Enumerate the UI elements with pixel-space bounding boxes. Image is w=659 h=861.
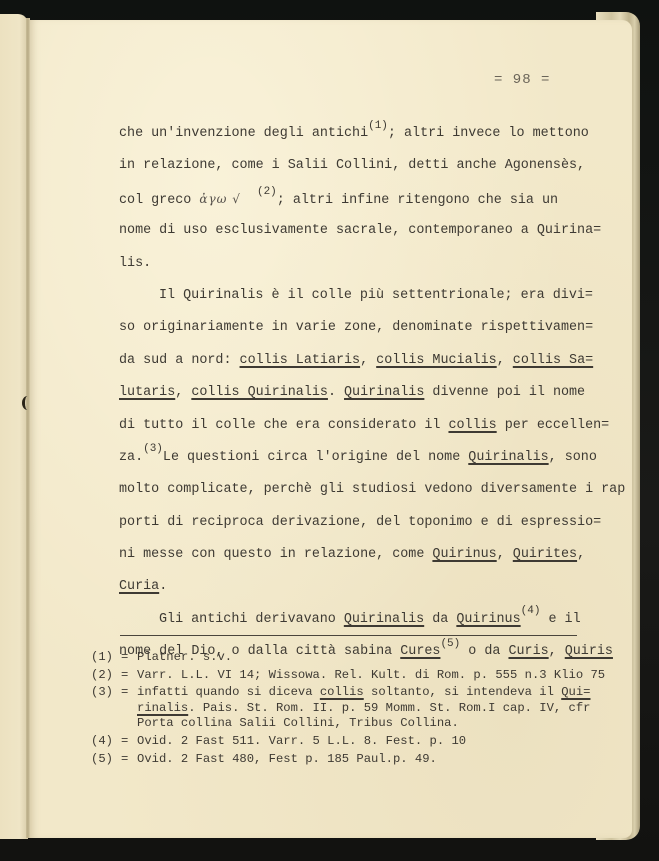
scanned-book-scene: = 98 = che un'invenzione degli antichi(1…	[0, 0, 659, 861]
footnote-reference: (3)	[143, 443, 163, 455]
footnote-equals: =	[121, 734, 137, 750]
underlined-term: lutaris	[119, 385, 175, 400]
left-facing-page-edge	[0, 14, 28, 839]
text-run: ,	[360, 353, 376, 368]
footnote-text: Ovid. 2 Fast 511. Varr. 5 L.L. 8. Fest. …	[137, 734, 631, 750]
footnote-text: Platner. s.v.	[137, 650, 631, 666]
underlined-term: collis	[448, 418, 496, 433]
text-run: .	[159, 579, 167, 594]
footnote-number: (1)	[91, 650, 121, 666]
text-run: per eccellen=	[497, 418, 610, 433]
body-line: lis.	[119, 248, 609, 280]
footnote-number: (5)	[91, 752, 121, 768]
body-line: Il Quirinalis è il colle più settentrion…	[119, 280, 609, 312]
footnote-reference: (1)	[368, 120, 388, 132]
footnote-number: (2)	[91, 668, 121, 684]
text-run: nome di uso esclusivamente sacrale, cont…	[119, 223, 601, 238]
footnote-entry: (3)=infatti quando si diceva collis solt…	[91, 685, 631, 701]
footnote-reference: (2)	[257, 186, 277, 198]
footnote-equals: =	[121, 685, 137, 701]
text-run: lis.	[119, 256, 151, 271]
underlined-term: Quirinus	[456, 612, 520, 627]
text-run: ,	[577, 547, 585, 562]
footnote-entry: (4)=Ovid. 2 Fast 511. Varr. 5 L.L. 8. Fe…	[91, 734, 631, 750]
footnote-equals: =	[121, 752, 137, 768]
text-run: divenne poi il nome	[424, 385, 585, 400]
footnote-text: Varr. L.L. VI 14; Wissowa. Rel. Kult. di…	[137, 668, 631, 684]
text-run: ; altri infine ritengono che sia un	[277, 193, 558, 208]
body-line: so originariamente in varie zone, denomi…	[119, 312, 609, 344]
footnote-continuation: Porta collina Salii Collini, Tribus Coll…	[91, 716, 631, 732]
text-run	[241, 193, 257, 208]
underlined-term: Quirinalis	[344, 612, 424, 627]
body-line: da sud a nord: collis Latiaris, collis M…	[119, 345, 609, 377]
body-line: Curia.	[119, 571, 609, 603]
body-line: nome di uso esclusivamente sacrale, cont…	[119, 215, 609, 247]
underlined-term: Quirinalis	[468, 450, 548, 465]
underlined-term: Curia	[119, 579, 159, 594]
text-run: Varr. L.L. VI 14; Wissowa. Rel. Kult. di…	[137, 668, 605, 682]
text-run: molto complicate, perchè gli studiosi ve…	[119, 482, 625, 497]
underlined-term: rinalis	[137, 701, 188, 715]
text-run: ni messe con questo in relazione, come	[119, 547, 432, 562]
underlined-term: collis Sa=	[513, 353, 593, 368]
text-run: Porta collina Salii Collini, Tribus Coll…	[137, 716, 459, 730]
text-run: Le questioni circa l'origine del nome	[163, 450, 468, 465]
text-run: , sono	[549, 450, 597, 465]
text-run: .	[328, 385, 344, 400]
text-run: ,	[497, 353, 513, 368]
text-run: col greco	[119, 193, 199, 208]
handwritten-greek-word: ἀγω √	[199, 192, 241, 206]
text-run: e il	[540, 612, 580, 627]
body-text: che un'invenzione degli antichi(1); altr…	[119, 118, 609, 669]
body-line: che un'invenzione degli antichi(1); altr…	[119, 118, 609, 150]
footnote-reference: (4)	[521, 605, 541, 617]
underlined-term: collis	[320, 685, 364, 699]
text-run: ,	[497, 547, 513, 562]
text-run: Ovid. 2 Fast 480, Fest p. 185 Paul.p. 49…	[137, 752, 437, 766]
text-run: Platner. s.v.	[137, 650, 232, 664]
page-number: = 98 =	[494, 72, 550, 88]
book-gutter	[26, 18, 30, 838]
text-run: . Pais. St. Rom. II. p. 59 Momm. St. Rom…	[188, 701, 590, 715]
body-line: di tutto il colle che era considerato il…	[119, 410, 609, 442]
body-line: ni messe con questo in relazione, come Q…	[119, 539, 609, 571]
text-run: in relazione, come i Salii Collini, dett…	[119, 158, 585, 173]
text-run: da sud a nord:	[119, 353, 240, 368]
underlined-term: collis Quirinalis	[191, 385, 328, 400]
footnote-continuation: rinalis. Pais. St. Rom. II. p. 59 Momm. …	[91, 701, 631, 717]
underlined-term: Quirinus	[432, 547, 496, 562]
binding-hole-mark	[22, 396, 33, 410]
text-run: di tutto il colle che era considerato il	[119, 418, 448, 433]
footnote-text: Ovid. 2 Fast 480, Fest p. 185 Paul.p. 49…	[137, 752, 631, 768]
text-run: ; altri invece lo mettono	[388, 126, 589, 141]
footnote-text: infatti quando si diceva collis soltanto…	[137, 685, 631, 701]
body-line: in relazione, come i Salii Collini, dett…	[119, 150, 609, 182]
body-line: col greco ἀγω √ (2); altri infine riteng…	[119, 183, 609, 215]
text-run: soltanto, si intendeva il	[364, 685, 561, 699]
footnote-entry: (5)=Ovid. 2 Fast 480, Fest p. 185 Paul.p…	[91, 752, 631, 768]
underlined-term: collis Mucialis	[376, 353, 497, 368]
text-run: Ovid. 2 Fast 511. Varr. 5 L.L. 8. Fest. …	[137, 734, 466, 748]
underlined-term: Quirinalis	[344, 385, 424, 400]
footnote-number: (4)	[91, 734, 121, 750]
footnote-entry: (2)=Varr. L.L. VI 14; Wissowa. Rel. Kult…	[91, 668, 631, 684]
footnote-separator-rule	[120, 635, 577, 636]
text-run: ,	[175, 385, 191, 400]
body-line: molto complicate, perchè gli studiosi ve…	[119, 474, 609, 506]
text-run: infatti quando si diceva	[137, 685, 320, 699]
body-line: za.(3)Le questioni circa l'origine del n…	[119, 442, 609, 474]
text-run: Il Quirinalis è il colle più settentrion…	[159, 288, 593, 303]
body-line: lutaris, collis Quirinalis. Quirinalis d…	[119, 377, 609, 409]
text-run: za.	[119, 450, 143, 465]
footnote-equals: =	[121, 668, 137, 684]
text-run: da	[424, 612, 456, 627]
body-line: Gli antichi derivavano Quirinalis da Qui…	[119, 604, 609, 636]
underlined-term: Quirites	[513, 547, 577, 562]
underlined-term: collis Latiaris	[240, 353, 361, 368]
footnote-reference: (5)	[440, 638, 460, 650]
text-run: Gli antichi derivavano	[159, 612, 344, 627]
footnote-number: (3)	[91, 685, 121, 701]
text-run: porti di reciproca derivazione, del topo…	[119, 515, 601, 530]
text-run: so originariamente in varie zone, denomi…	[119, 320, 593, 335]
footnote-entry: (1)=Platner. s.v.	[91, 650, 631, 666]
underlined-term: Qui=	[561, 685, 590, 699]
footnotes: (1)=Platner. s.v.(2)=Varr. L.L. VI 14; W…	[91, 650, 631, 767]
footnote-equals: =	[121, 650, 137, 666]
text-run: che un'invenzione degli antichi	[119, 126, 368, 141]
body-line: porti di reciproca derivazione, del topo…	[119, 507, 609, 539]
